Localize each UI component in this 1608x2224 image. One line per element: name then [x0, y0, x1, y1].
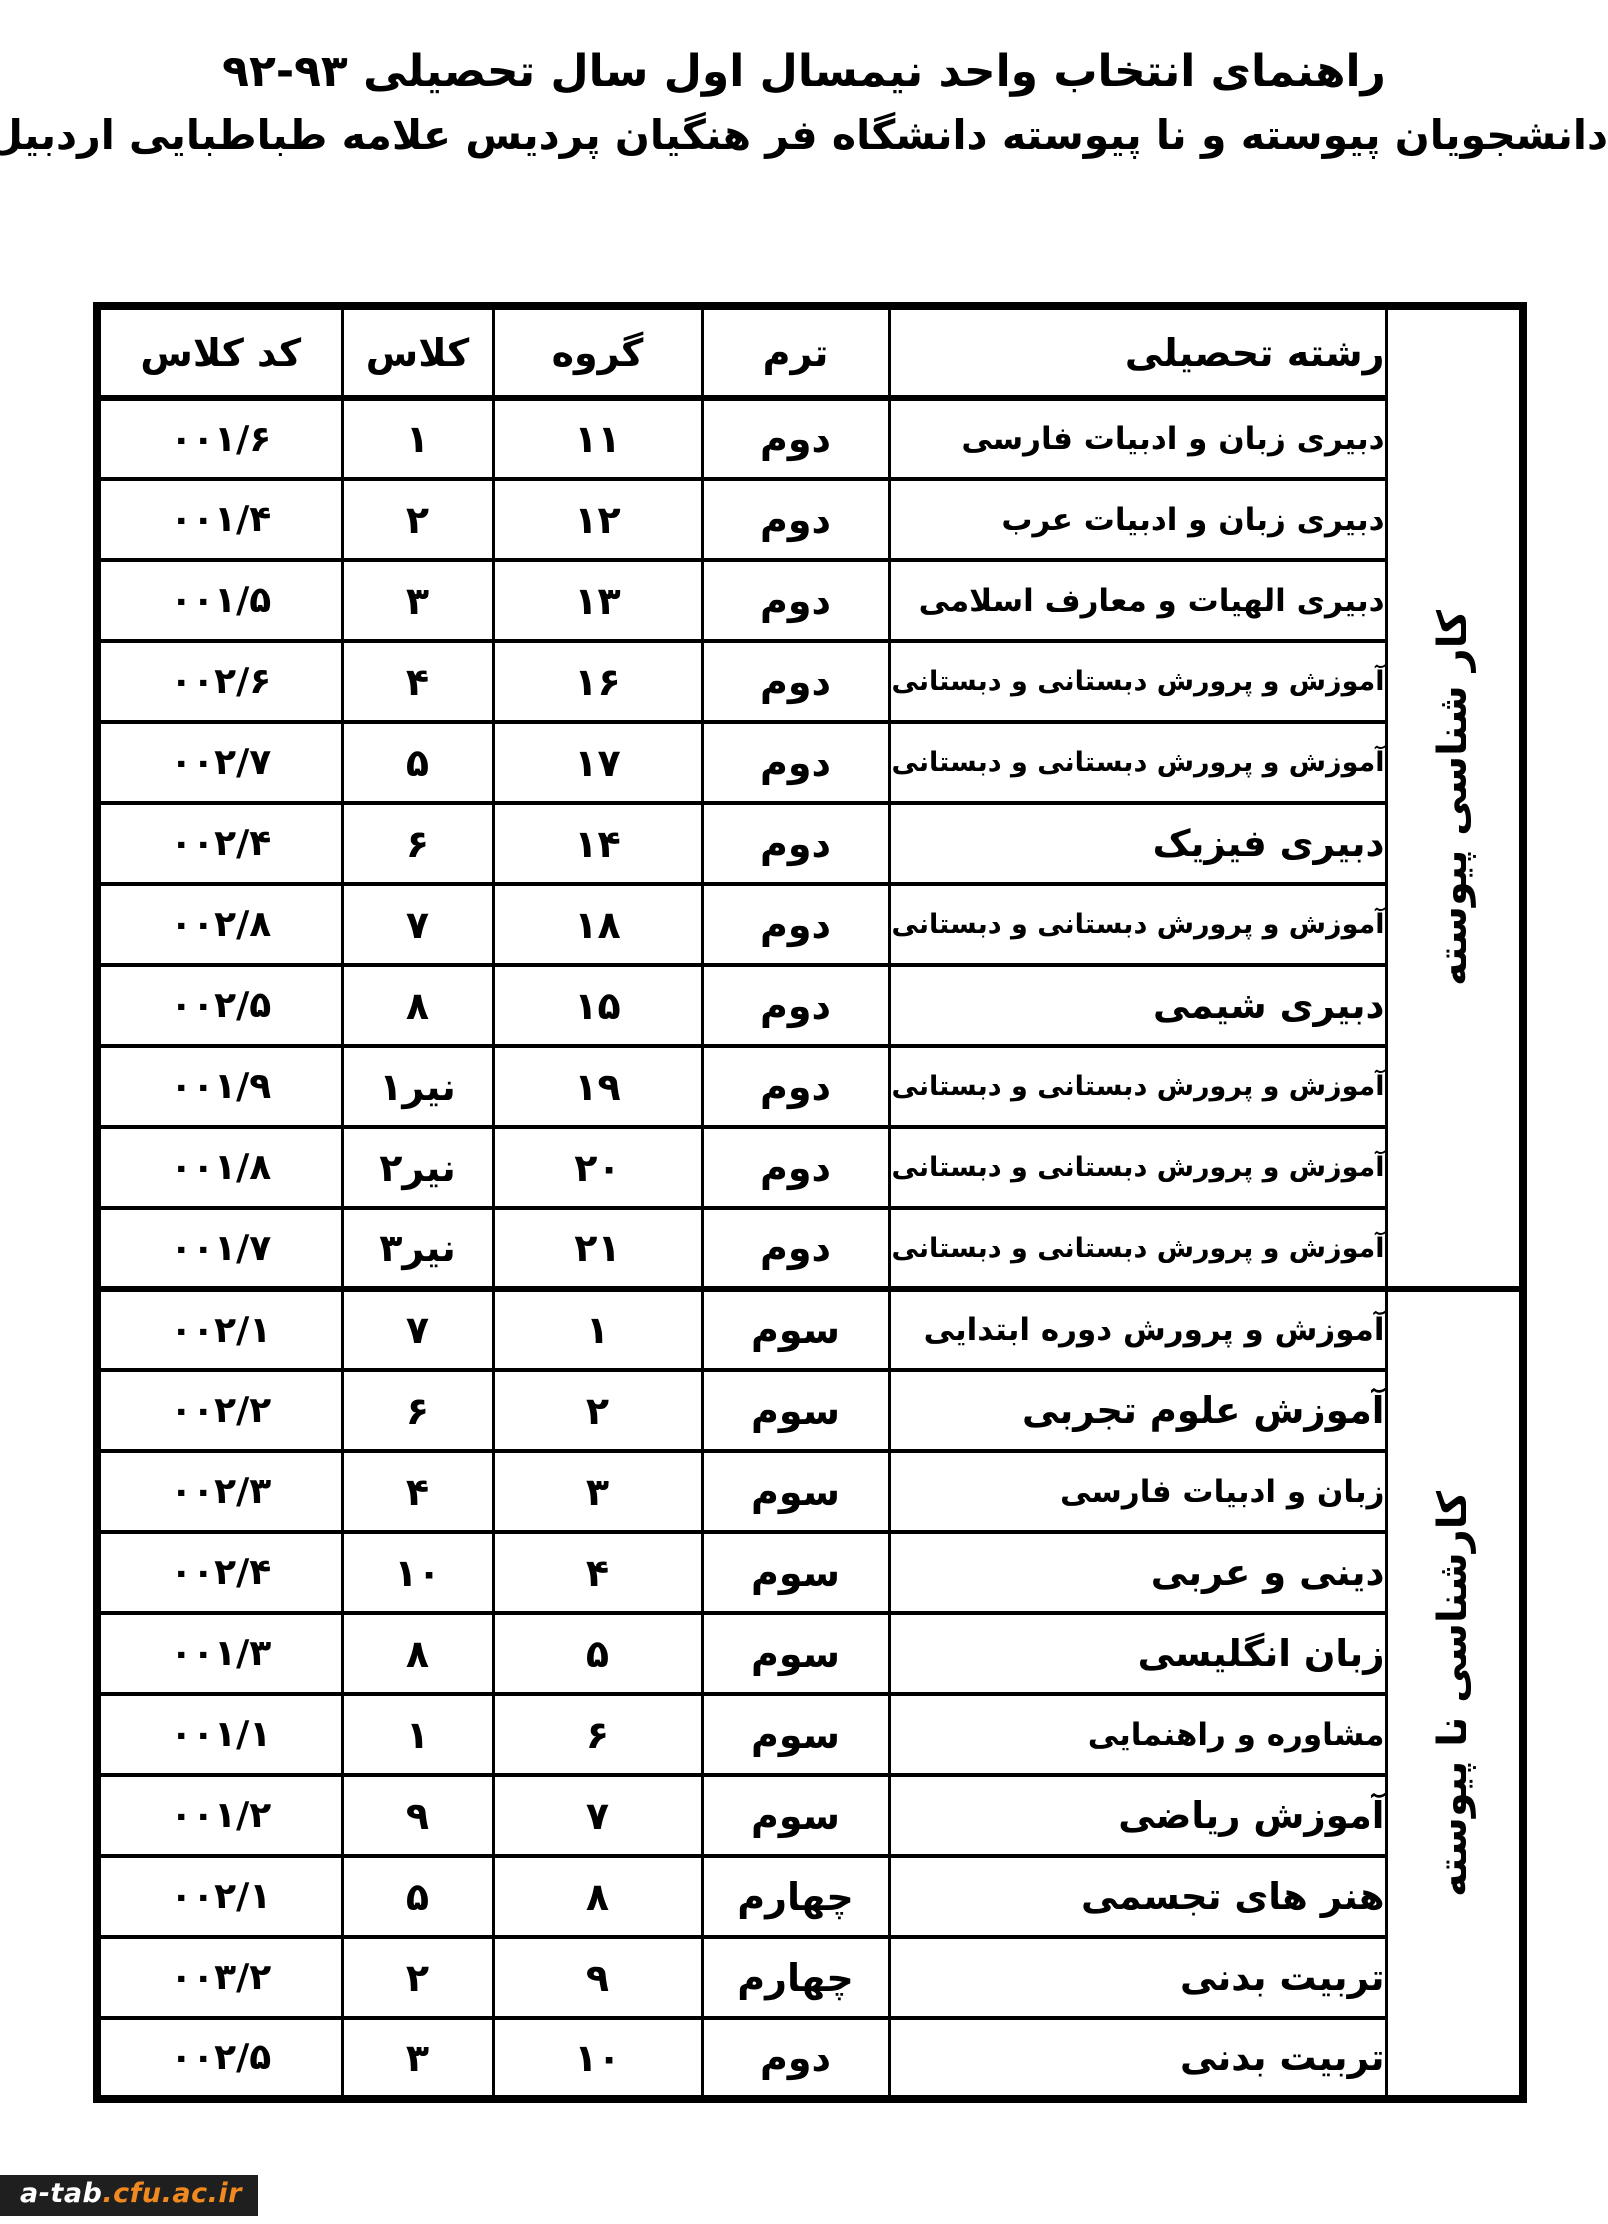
term-cell: دوم — [702, 1208, 889, 1289]
class-cell: نیر۲ — [342, 1127, 493, 1208]
code-cell: ۰۰۲/۸ — [97, 884, 342, 965]
table-row: دبیری شیمیدوم۱۵۸۰۰۲/۵ — [97, 965, 1523, 1046]
class-cell: ۳ — [342, 560, 493, 641]
code-cell: ۰۰۲/۶ — [97, 641, 342, 722]
degree-section-cell: کارشناسی نا پیوسته — [1386, 1289, 1523, 2099]
header-group: گروه — [493, 306, 702, 398]
field-cell: دینی و عربی — [889, 1532, 1386, 1613]
code-cell: ۰۰۲/۱ — [97, 1856, 342, 1937]
term-cell: دوم — [702, 965, 889, 1046]
group-cell: ۲ — [493, 1370, 702, 1451]
field-cell: مشاوره و راهنمایی — [889, 1694, 1386, 1775]
field-cell: هنر های تجسمی — [889, 1856, 1386, 1937]
code-cell: ۰۰۱/۸ — [97, 1127, 342, 1208]
code-cell: ۰۰۲/۳ — [97, 1451, 342, 1532]
term-cell: دوم — [702, 479, 889, 560]
term-cell: چهارم — [702, 1856, 889, 1937]
title-line-1: راهنمای انتخاب واحد نیمسال اول سال تحصیل… — [0, 40, 1608, 104]
class-cell: نیر۱ — [342, 1046, 493, 1127]
watermark-suffix: .cfu.ac.ir — [102, 2178, 242, 2209]
group-cell: ۱۰ — [493, 2018, 702, 2099]
table-row: کارشناسی نا پیوستهآموزش و پرورش دوره ابت… — [97, 1289, 1523, 1370]
term-cell: سوم — [702, 1532, 889, 1613]
term-cell: سوم — [702, 1694, 889, 1775]
table-row: هنر های تجسمیچهارم۸۵۰۰۲/۱ — [97, 1856, 1523, 1937]
group-cell: ۳ — [493, 1451, 702, 1532]
term-cell: دوم — [702, 722, 889, 803]
code-cell: ۰۰۱/۱ — [97, 1694, 342, 1775]
group-cell: ۱۹ — [493, 1046, 702, 1127]
code-cell: ۰۰۱/۷ — [97, 1208, 342, 1289]
document-title: راهنمای انتخاب واحد نیمسال اول سال تحصیل… — [0, 0, 1608, 166]
code-cell: ۰۰۳/۲ — [97, 1937, 342, 2018]
field-cell: تربیت بدنی — [889, 2018, 1386, 2099]
class-cell: ۳ — [342, 2018, 493, 2099]
field-cell: دبیری زبان و ادبیات عرب — [889, 479, 1386, 560]
code-cell: ۰۰۱/۶ — [97, 398, 342, 479]
field-cell: زبان و ادبیات فارسی — [889, 1451, 1386, 1532]
code-cell: ۰۰۲/۴ — [97, 803, 342, 884]
degree-section-cell: کار شناسی پیوسته — [1386, 306, 1523, 1289]
course-selection-table: کار شناسی پیوستهرشته تحصیلیترمگروهکلاسکد… — [93, 302, 1527, 2103]
code-cell: ۰۰۱/۴ — [97, 479, 342, 560]
watermark-prefix: a-tab — [20, 2178, 102, 2209]
term-cell: سوم — [702, 1613, 889, 1694]
group-cell: ۲۱ — [493, 1208, 702, 1289]
table-row: دبیری الهیات و معارف اسلامیدوم۱۳۳۰۰۱/۵ — [97, 560, 1523, 641]
group-cell: ۵ — [493, 1613, 702, 1694]
group-cell: ۱۲ — [493, 479, 702, 560]
group-cell: ۱۳ — [493, 560, 702, 641]
document-page: راهنمای انتخاب واحد نیمسال اول سال تحصیل… — [0, 0, 1608, 2224]
class-cell: ۱ — [342, 398, 493, 479]
group-cell: ۱۵ — [493, 965, 702, 1046]
table-row: زبان انگلیسیسوم۵۸۰۰۱/۳ — [97, 1613, 1523, 1694]
code-cell: ۰۰۲/۴ — [97, 1532, 342, 1613]
field-cell: آموزش و پرورش دبستانی و دبستانی — [889, 1127, 1386, 1208]
field-cell: تربیت بدنی — [889, 1937, 1386, 2018]
term-cell: سوم — [702, 1451, 889, 1532]
table-row: آموزش و پرورش دبستانی و دبستانیدوم۱۶۴۰۰۲… — [97, 641, 1523, 722]
group-cell: ۱۴ — [493, 803, 702, 884]
term-cell: سوم — [702, 1370, 889, 1451]
class-cell: ۸ — [342, 1613, 493, 1694]
table-row: دبیری زبان و ادبیات فارسیدوم۱۱۱۰۰۱/۶ — [97, 398, 1523, 479]
class-cell: نیر۳ — [342, 1208, 493, 1289]
code-cell: ۰۰۲/۵ — [97, 965, 342, 1046]
watermark: a-tab.cfu.ac.ir — [0, 2175, 258, 2216]
class-cell: ۱ — [342, 1694, 493, 1775]
code-cell: ۰۰۲/۱ — [97, 1289, 342, 1370]
term-cell: دوم — [702, 1127, 889, 1208]
field-cell: آموزش و پرورش دبستانی و دبستانی — [889, 641, 1386, 722]
code-cell: ۰۰۲/۷ — [97, 722, 342, 803]
group-cell: ۲۰ — [493, 1127, 702, 1208]
table-row: مشاوره و راهنماییسوم۶۱۰۰۱/۱ — [97, 1694, 1523, 1775]
class-cell: ۸ — [342, 965, 493, 1046]
term-cell: سوم — [702, 1775, 889, 1856]
field-cell: دبیری الهیات و معارف اسلامی — [889, 560, 1386, 641]
table-row: آموزش ریاضیسوم۷۹۰۰۱/۲ — [97, 1775, 1523, 1856]
term-cell: چهارم — [702, 1937, 889, 2018]
table-row: تربیت بدنیدوم۱۰۳۰۰۲/۵ — [97, 2018, 1523, 2099]
header-code: کد کلاس — [97, 306, 342, 398]
term-cell: دوم — [702, 1046, 889, 1127]
header-term: ترم — [702, 306, 889, 398]
class-cell: ۴ — [342, 641, 493, 722]
code-cell: ۰۰۱/۲ — [97, 1775, 342, 1856]
class-cell: ۲ — [342, 479, 493, 560]
group-cell: ۱ — [493, 1289, 702, 1370]
header-row: کار شناسی پیوستهرشته تحصیلیترمگروهکلاسکد… — [97, 306, 1523, 398]
term-cell: دوم — [702, 884, 889, 965]
field-cell: آموزش و پرورش دوره ابتدایی — [889, 1289, 1386, 1370]
group-cell: ۷ — [493, 1775, 702, 1856]
class-cell: ۷ — [342, 884, 493, 965]
header-class: کلاس — [342, 306, 493, 398]
class-cell: ۲ — [342, 1937, 493, 2018]
table-row: آموزش و پرورش دبستانی و دبستانیدوم۲۰نیر۲… — [97, 1127, 1523, 1208]
term-cell: دوم — [702, 803, 889, 884]
field-cell: دبیری فیزیک — [889, 803, 1386, 884]
term-cell: سوم — [702, 1289, 889, 1370]
class-cell: ۵ — [342, 722, 493, 803]
field-cell: آموزش و پرورش دبستانی و دبستانی — [889, 1046, 1386, 1127]
group-cell: ۴ — [493, 1532, 702, 1613]
field-cell: آموزش ریاضی — [889, 1775, 1386, 1856]
code-cell: ۰۰۱/۹ — [97, 1046, 342, 1127]
class-cell: ۹ — [342, 1775, 493, 1856]
code-cell: ۰۰۱/۳ — [97, 1613, 342, 1694]
term-cell: دوم — [702, 2018, 889, 2099]
table-row: آموزش و پرورش دبستانی و دبستانیدوم۲۱نیر۳… — [97, 1208, 1523, 1289]
group-cell: ۶ — [493, 1694, 702, 1775]
code-cell: ۰۰۲/۲ — [97, 1370, 342, 1451]
table-row: زبان و ادبیات فارسیسوم۳۴۰۰۲/۳ — [97, 1451, 1523, 1532]
term-cell: دوم — [702, 560, 889, 641]
table-row: آموزش و پرورش دبستانی و دبستانیدوم۱۷۵۰۰۲… — [97, 722, 1523, 803]
class-cell: ۵ — [342, 1856, 493, 1937]
code-cell: ۰۰۱/۵ — [97, 560, 342, 641]
header-field: رشته تحصیلی — [889, 306, 1386, 398]
class-cell: ۷ — [342, 1289, 493, 1370]
table-row: دبیری زبان و ادبیات عربدوم۱۲۲۰۰۱/۴ — [97, 479, 1523, 560]
field-cell: آموزش و پرورش دبستانی و دبستانی — [889, 884, 1386, 965]
class-cell: ۶ — [342, 1370, 493, 1451]
field-cell: آموزش علوم تجربی — [889, 1370, 1386, 1451]
group-cell: ۹ — [493, 1937, 702, 2018]
group-cell: ۸ — [493, 1856, 702, 1937]
code-cell: ۰۰۲/۵ — [97, 2018, 342, 2099]
class-cell: ۶ — [342, 803, 493, 884]
group-cell: ۱۱ — [493, 398, 702, 479]
table-row: دبیری فیزیکدوم۱۴۶۰۰۲/۴ — [97, 803, 1523, 884]
table-row: آموزش و پرورش دبستانی و دبستانیدوم۱۸۷۰۰۲… — [97, 884, 1523, 965]
term-cell: دوم — [702, 641, 889, 722]
group-cell: ۱۸ — [493, 884, 702, 965]
field-cell: زبان انگلیسی — [889, 1613, 1386, 1694]
term-cell: دوم — [702, 398, 889, 479]
group-cell: ۱۶ — [493, 641, 702, 722]
group-cell: ۱۷ — [493, 722, 702, 803]
table-row: تربیت بدنیچهارم۹۲۰۰۳/۲ — [97, 1937, 1523, 2018]
class-cell: ۱۰ — [342, 1532, 493, 1613]
class-cell: ۴ — [342, 1451, 493, 1532]
table-row: آموزش و پرورش دبستانی و دبستانیدوم۱۹نیر۱… — [97, 1046, 1523, 1127]
table-row: دینی و عربیسوم۴۱۰۰۰۲/۴ — [97, 1532, 1523, 1613]
field-cell: آموزش و پرورش دبستانی و دبستانی — [889, 722, 1386, 803]
title-line-2: دانشجویان پیوسته و نا پیوسته دانشگاه فر … — [0, 104, 1608, 166]
degree-section-label: کار شناسی پیوسته — [1430, 610, 1476, 986]
field-cell: دبیری شیمی — [889, 965, 1386, 1046]
field-cell: آموزش و پرورش دبستانی و دبستانی — [889, 1208, 1386, 1289]
table-row: آموزش علوم تجربیسوم۲۶۰۰۲/۲ — [97, 1370, 1523, 1451]
field-cell: دبیری زبان و ادبیات فارسی — [889, 398, 1386, 479]
degree-section-label: کارشناسی نا پیوسته — [1430, 1490, 1476, 1896]
